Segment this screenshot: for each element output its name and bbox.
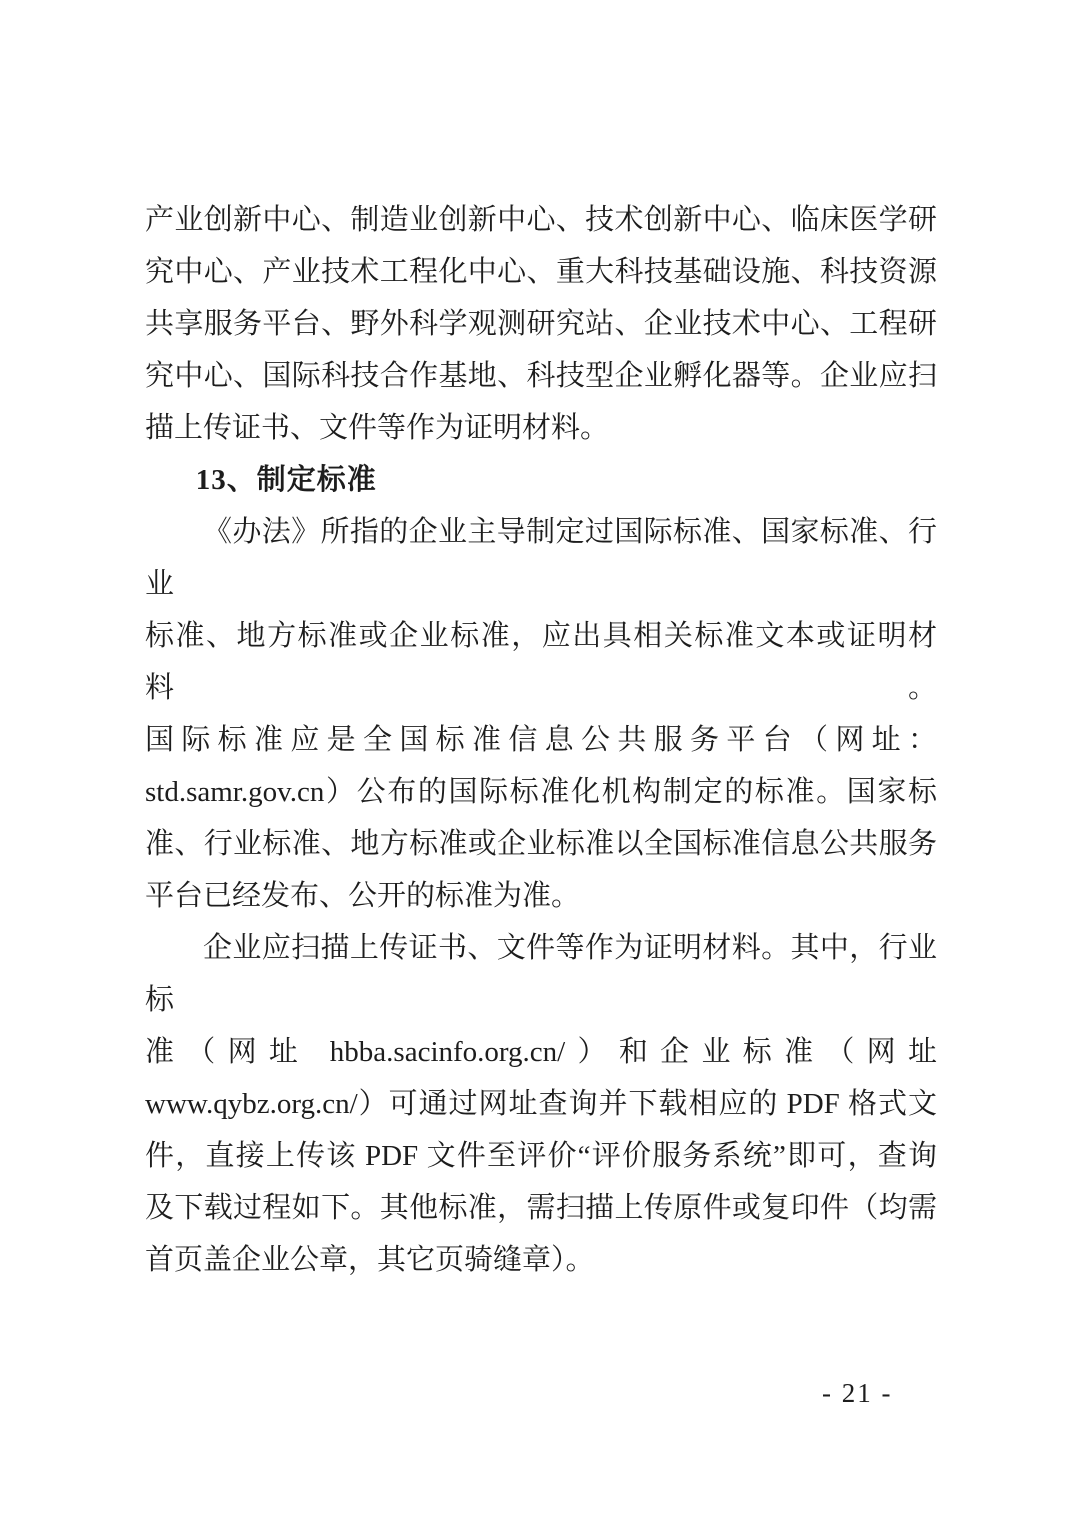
text-line: 《办法》所指的企业主导制定过国际标准、国家标准、行业 xyxy=(145,506,937,610)
text-line: 平台已经发布、公开的标准为准。 xyxy=(145,870,937,922)
document-page: 产业创新中心、制造业创新中心、技术创新中心、临床医学研 究中心、产业技术工程化中… xyxy=(0,0,1069,1520)
text-line: 产业创新中心、制造业创新中心、技术创新中心、临床医学研 xyxy=(145,194,937,246)
text-line: 首页盖企业公章，其它页骑缝章）。 xyxy=(145,1234,937,1286)
text-line: 究中心、国际科技合作基地、科技型企业孵化器等。企业应扫 xyxy=(145,350,937,402)
page-number: - 21 - xyxy=(822,1378,932,1409)
text-line: 及下载过程如下。其他标准，需扫描上传原件或复印件（均需 xyxy=(145,1182,937,1234)
text-line: std.samr.gov.cn）公布的国际标准化机构制定的标准。国家标 xyxy=(145,766,937,818)
section-heading: 13、制定标准 xyxy=(145,454,937,506)
text-line: 企业应扫描上传证书、文件等作为证明材料。其中，行业标 xyxy=(145,922,937,1026)
text-line: 国际标准应是全国标准信息公共服务平台（网址： xyxy=(145,714,937,766)
text-line: 件，直接上传该 PDF 文件至评价“评价服务系统”即可，查询 xyxy=(145,1130,937,1182)
text-line: 描上传证书、文件等作为证明材料。 xyxy=(145,402,937,454)
text-line: 准（网址 hbba.sacinfo.org.cn/）和企业标准（网址 xyxy=(145,1026,937,1078)
text-line: 共享服务平台、野外科学观测研究站、企业技术中心、工程研 xyxy=(145,298,937,350)
text-line: 准、行业标准、地方标准或企业标准以全国标准信息公共服务 xyxy=(145,818,937,870)
text-line: 究中心、产业技术工程化中心、重大科技基础设施、科技资源 xyxy=(145,246,937,298)
text-line: www.qybz.org.cn/）可通过网址查询并下载相应的 PDF 格式文 xyxy=(145,1078,937,1130)
text-line: 标准、地方标准或企业标准，应出具相关标准文本或证明材料。 xyxy=(145,610,937,714)
document-body: 产业创新中心、制造业创新中心、技术创新中心、临床医学研 究中心、产业技术工程化中… xyxy=(145,194,937,1286)
